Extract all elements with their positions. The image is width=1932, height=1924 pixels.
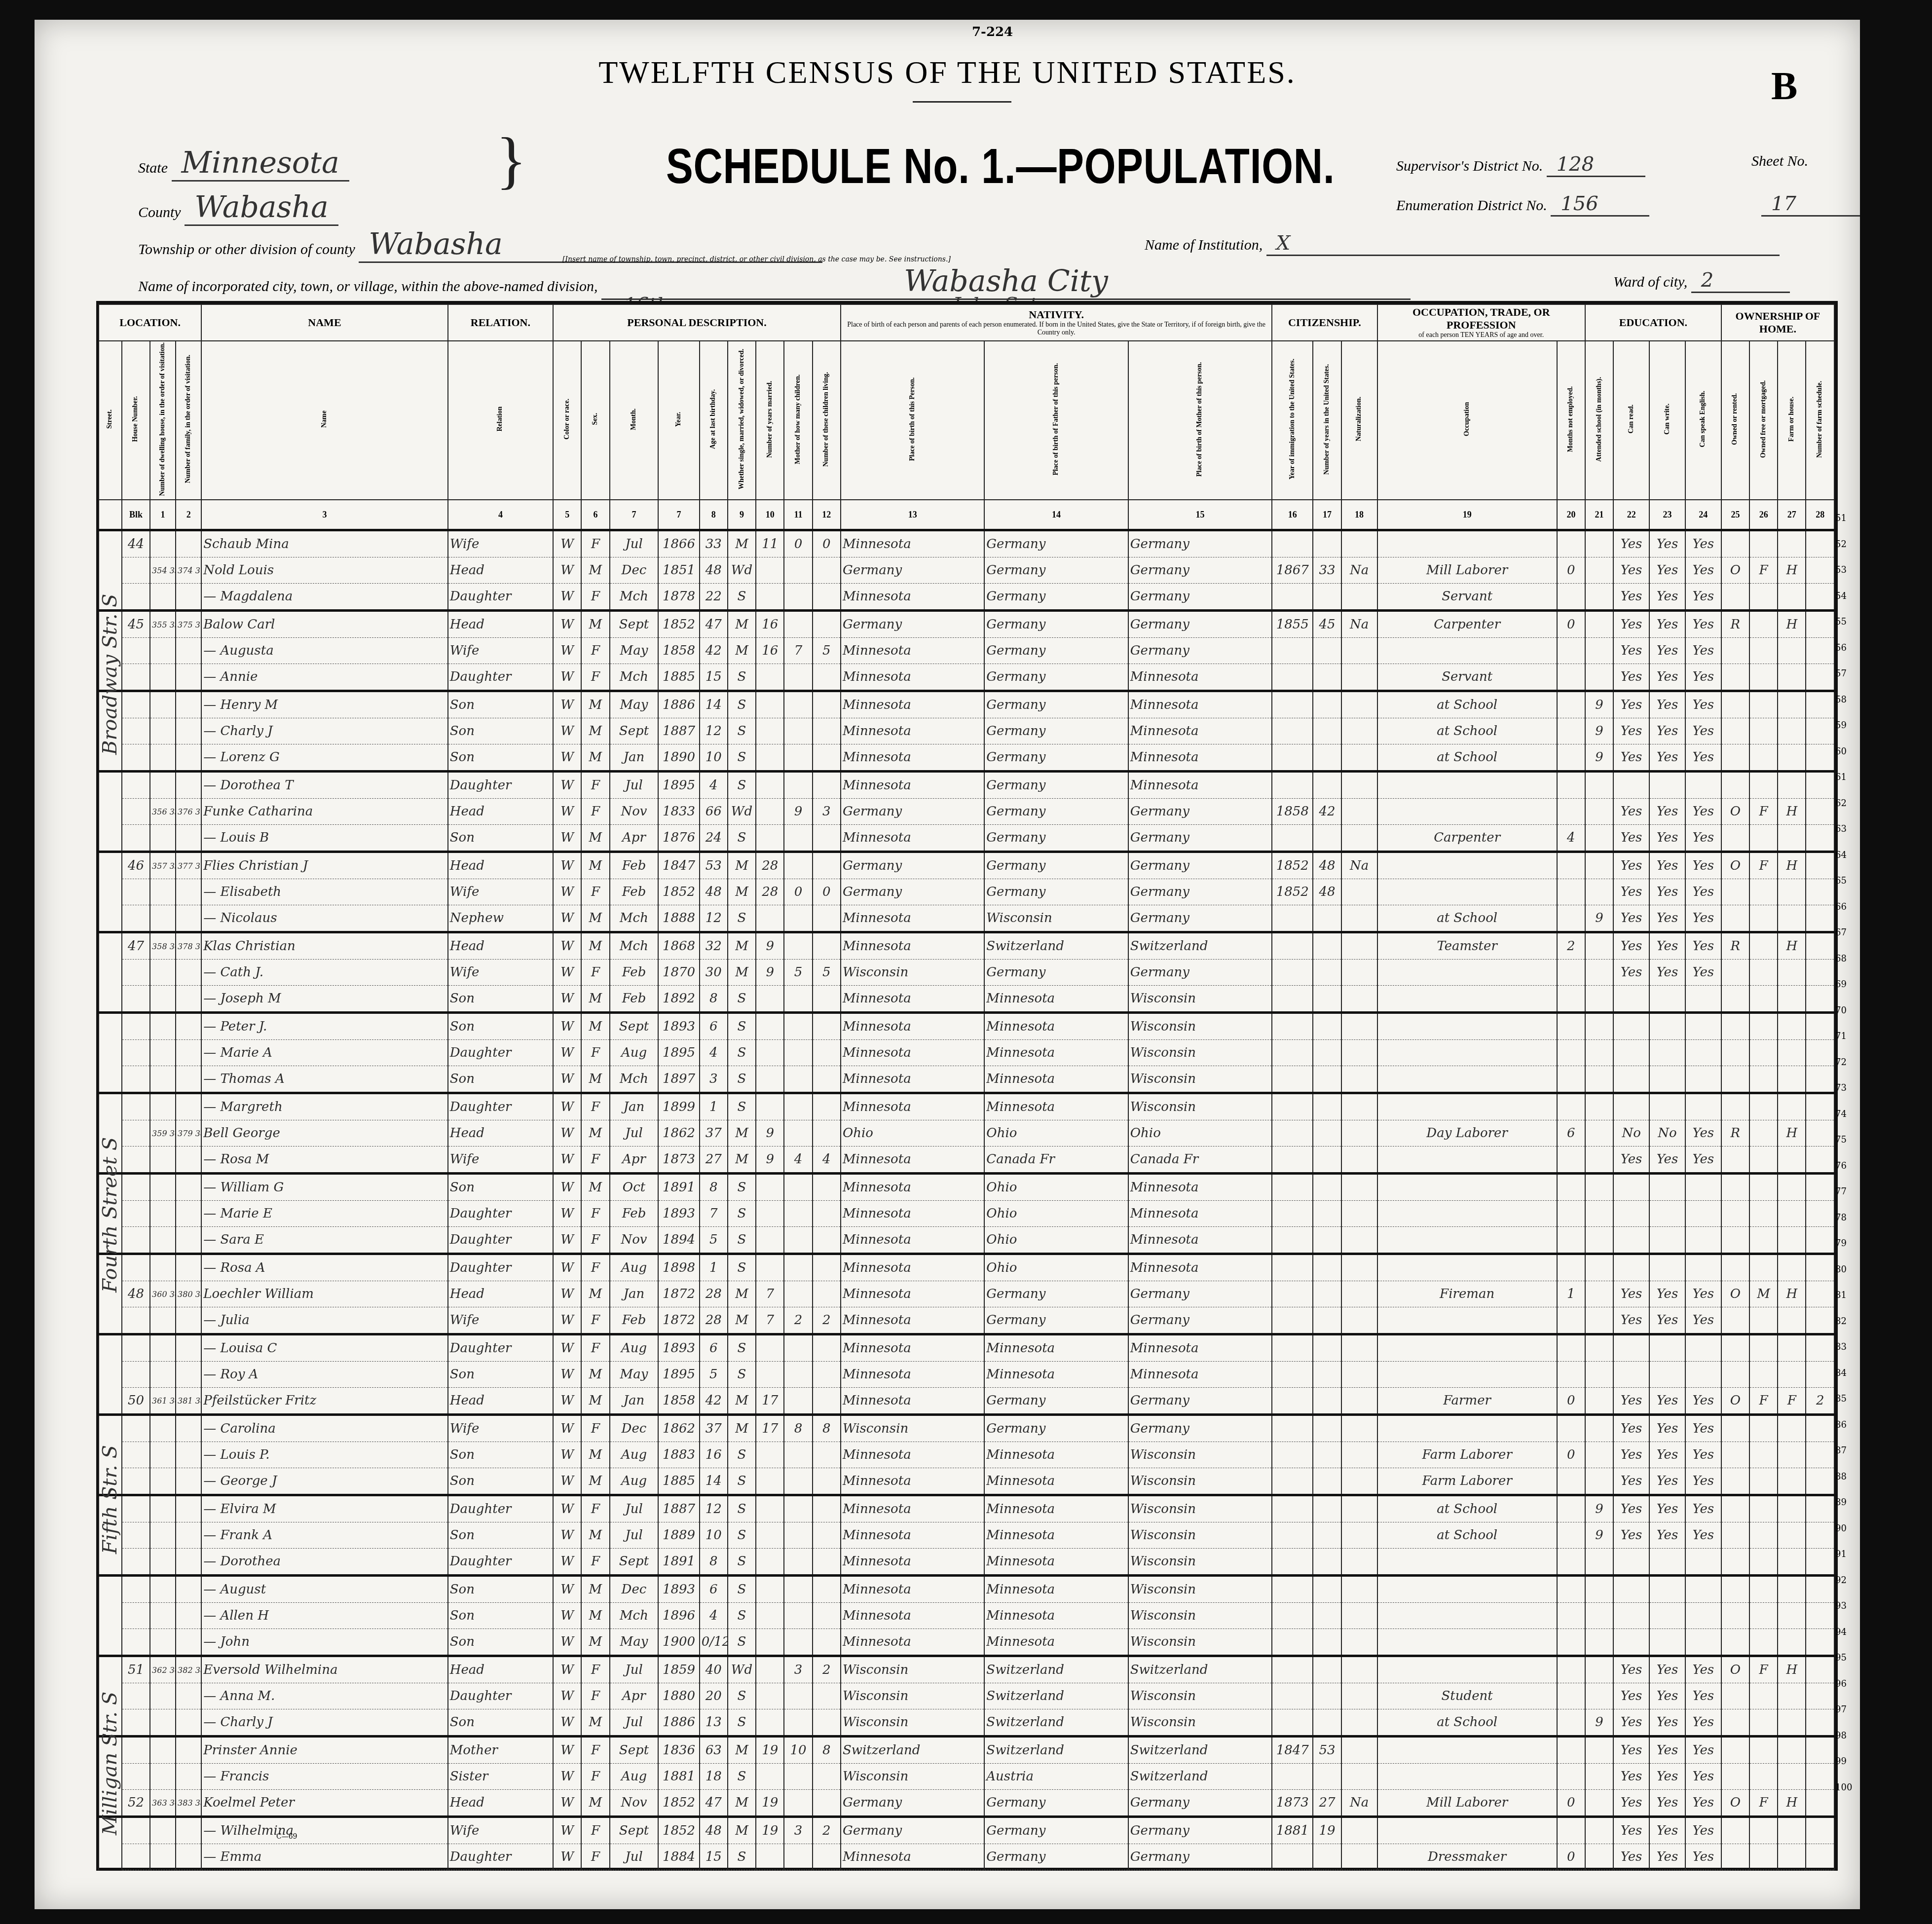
cell-name: Funke Catharina: [201, 799, 448, 825]
line-number: 62: [1835, 798, 1847, 809]
cell-name: Klas Christian: [201, 932, 448, 960]
cell-month: Feb: [610, 879, 659, 905]
cell-year: 1852: [658, 879, 699, 905]
cell-yrs-us: 42: [1313, 799, 1341, 825]
cell-father-birth: Minnesota: [984, 1576, 1128, 1603]
line-number: 73: [1835, 1083, 1847, 1093]
cell-occupation: [1377, 1603, 1557, 1629]
cell-mother-birth: Minnesota: [1128, 691, 1272, 718]
cell-farm: [1778, 772, 1806, 799]
cell-schedule: [1806, 879, 1834, 905]
column-number: 24: [1685, 500, 1721, 530]
cell-race: W: [553, 1709, 581, 1737]
cell-mother-birth: Germany: [1128, 1307, 1272, 1334]
cell-race: W: [553, 1388, 581, 1415]
cell-living: [813, 584, 841, 611]
cell-month: Jul: [610, 530, 659, 557]
cell-mother-birth: Switzerland: [1128, 1656, 1272, 1683]
cell-english: Yes: [1685, 1817, 1721, 1844]
cell-mortgage: [1749, 1120, 1778, 1147]
cell-mother-of: [784, 1790, 812, 1817]
cell-relation: Son: [448, 1576, 553, 1603]
cell-month: May: [610, 691, 659, 718]
cell-age: 30: [700, 960, 728, 986]
cell-farm: H: [1778, 1790, 1806, 1817]
cell-relation: Daughter: [448, 1227, 553, 1254]
cell-yrs-us: [1313, 744, 1341, 772]
cell-race: W: [553, 1576, 581, 1603]
cell-natur: [1341, 1817, 1377, 1844]
cell-month: Apr: [610, 825, 659, 852]
cell-name: — Cath J.: [201, 960, 448, 986]
cell-farm: [1778, 1468, 1806, 1495]
cell-english: Yes: [1685, 1522, 1721, 1549]
cell-english: [1685, 1013, 1721, 1040]
cell-schedule: [1806, 1066, 1834, 1093]
cell-relation: Daughter: [448, 1093, 553, 1120]
cell-marital: S: [728, 1522, 756, 1549]
cell-schedule: [1806, 1093, 1834, 1120]
column-label: Can speak English.: [1699, 391, 1707, 447]
line-number: 57: [1835, 668, 1847, 679]
group-occupation: OCCUPATION, TRADE, OR PROFESSION of each…: [1377, 304, 1585, 341]
cell-owned: [1721, 1362, 1749, 1388]
cell-relation: Son: [448, 1468, 553, 1495]
sheet-letter: B: [1771, 64, 1797, 109]
cell-mortgage: [1749, 1147, 1778, 1174]
cell-school: [1585, 772, 1613, 799]
cell-farm: [1778, 1040, 1806, 1066]
street-cell: [99, 825, 122, 852]
cell-read: Yes: [1613, 557, 1649, 584]
cell-marital: S: [728, 1442, 756, 1468]
cell-unemployed: [1557, 1629, 1585, 1656]
cell-owned: R: [1721, 932, 1749, 960]
cell-schedule: [1806, 852, 1834, 879]
cell-age: 63: [700, 1737, 728, 1764]
sheet-no-field: Sheet No.: [1751, 153, 1808, 170]
cell-age: 1: [700, 1093, 728, 1120]
street-label: Broadway Str. S: [99, 594, 121, 755]
cell-birth: Minnesota: [841, 1307, 984, 1334]
cell-school: 9: [1585, 718, 1613, 744]
cell-marital: Wd: [728, 557, 756, 584]
cell-unemployed: [1557, 744, 1585, 772]
cell-race: W: [553, 1468, 581, 1495]
cell-school: [1585, 1549, 1613, 1576]
line-number: 74: [1835, 1109, 1847, 1119]
cell-occupation: Servant: [1377, 584, 1557, 611]
cell-school: [1585, 932, 1613, 960]
cell-relation: Head: [448, 852, 553, 879]
cell-dwelling: 357 359: [150, 852, 176, 879]
cell-family: 383 384: [176, 1790, 201, 1817]
cell-relation: Son: [448, 1603, 553, 1629]
cell-living: [813, 611, 841, 638]
line-number: 97: [1835, 1704, 1847, 1715]
column-number: 17: [1313, 500, 1341, 530]
cell-schedule: [1806, 772, 1834, 799]
cell-yrs-married: [756, 1576, 784, 1603]
group-relation: RELATION.: [448, 304, 553, 341]
cell-owned: [1721, 1844, 1749, 1870]
column-label: Name: [321, 410, 329, 428]
cell-month: Feb: [610, 1201, 659, 1227]
cell-birth: Germany: [841, 799, 984, 825]
cell-immig: [1272, 1013, 1313, 1040]
cell-schedule: [1806, 611, 1834, 638]
table-row: 45355 357375 376Balow CarlHeadWMSept1852…: [99, 611, 1834, 638]
cell-living: 8: [813, 1737, 841, 1764]
cell-race: W: [553, 1120, 581, 1147]
column-header: Place of birth of this Person.: [841, 341, 984, 500]
cell-english: Yes: [1685, 1709, 1721, 1737]
cell-occupation: at School: [1377, 691, 1557, 718]
cell-race: W: [553, 1066, 581, 1093]
cell-dwelling: [150, 638, 176, 664]
cell-english: Yes: [1685, 932, 1721, 960]
cell-mother-of: [784, 1281, 812, 1307]
cell-birth: Minnesota: [841, 1040, 984, 1066]
cell-read: [1613, 1362, 1649, 1388]
cell-name: — Elisabeth: [201, 879, 448, 905]
cell-name: — Louis B: [201, 825, 448, 852]
cell-read: [1613, 1201, 1649, 1227]
cell-house: [122, 1362, 150, 1388]
cell-father-birth: Switzerland: [984, 932, 1128, 960]
cell-schedule: [1806, 1549, 1834, 1576]
column-header: Number of farm schedule.: [1806, 341, 1834, 500]
cell-sex: M: [581, 1603, 609, 1629]
cell-relation: Son: [448, 1442, 553, 1468]
table-row: — EmmaDaughterWFJul188415SMinnesotaGerma…: [99, 1844, 1834, 1870]
cell-yrs-married: 16: [756, 638, 784, 664]
cell-immig: [1272, 1147, 1313, 1174]
cell-mother-of: [784, 772, 812, 799]
column-number: 4: [448, 500, 553, 530]
cell-mother-birth: Wisconsin: [1128, 986, 1272, 1013]
cell-age: 37: [700, 1415, 728, 1442]
cell-yrs-us: [1313, 1656, 1341, 1683]
cell-house: 44: [122, 530, 150, 557]
cell-english: Yes: [1685, 960, 1721, 986]
cell-schedule: [1806, 1737, 1834, 1764]
cell-marital: S: [728, 1254, 756, 1281]
cell-yrs-us: [1313, 1709, 1341, 1737]
cell-month: Sept: [610, 1549, 659, 1576]
cell-schedule: [1806, 1603, 1834, 1629]
cell-farm: H: [1778, 932, 1806, 960]
cell-owned: [1721, 1709, 1749, 1737]
cell-living: [813, 718, 841, 744]
cell-house: 51: [122, 1656, 150, 1683]
cell-mortgage: [1749, 1040, 1778, 1066]
cell-dwelling: 359 361: [150, 1120, 176, 1147]
cell-house: [122, 1013, 150, 1040]
cell-family: [176, 1764, 201, 1790]
cell-yrs-us: 48: [1313, 879, 1341, 905]
column-label: Attended school (in months).: [1596, 377, 1603, 462]
cell-sex: F: [581, 1683, 609, 1709]
cell-natur: [1341, 1013, 1377, 1040]
cell-living: [813, 905, 841, 932]
cell-mortgage: [1749, 960, 1778, 986]
cell-race: W: [553, 879, 581, 905]
cell-birth: Germany: [841, 1817, 984, 1844]
cell-dwelling: [150, 664, 176, 691]
cell-school: [1585, 1790, 1613, 1817]
cell-yrs-us: [1313, 1281, 1341, 1307]
line-number: 59: [1835, 720, 1847, 731]
cell-race: W: [553, 611, 581, 638]
cell-mother-birth: Minnesota: [1128, 1254, 1272, 1281]
cell-relation: Son: [448, 1013, 553, 1040]
cell-dwelling: 361 363: [150, 1388, 176, 1415]
cell-marital: M: [728, 852, 756, 879]
cell-name: — Henry M: [201, 691, 448, 718]
cell-name: Prinster Annie: [201, 1737, 448, 1764]
cell-sex: M: [581, 932, 609, 960]
cell-yrs-us: [1313, 530, 1341, 557]
table-row: Prinster AnnieMotherWFSept183663M19108Sw…: [99, 1737, 1834, 1764]
cell-yrs-us: [1313, 1307, 1341, 1334]
cell-race: W: [553, 1415, 581, 1442]
table-header: LOCATION. NAME RELATION. PERSONAL DESCRI…: [99, 304, 1834, 530]
column-label: Can write.: [1664, 404, 1672, 435]
cell-year: 1889: [658, 1522, 699, 1549]
cell-marital: S: [728, 1093, 756, 1120]
cell-name: — Dorothea T: [201, 772, 448, 799]
column-label: Place of birth of this Person.: [909, 377, 917, 461]
cell-school: [1585, 1388, 1613, 1415]
cell-name: — Francis: [201, 1764, 448, 1790]
cell-race: W: [553, 638, 581, 664]
cell-father-birth: Minnesota: [984, 1066, 1128, 1093]
cell-living: [813, 1254, 841, 1281]
cell-birth: Minnesota: [841, 664, 984, 691]
group-education: EDUCATION.: [1585, 304, 1721, 341]
cell-family: [176, 1066, 201, 1093]
cell-mother-of: [784, 1603, 812, 1629]
cell-mother-birth: Minnesota: [1128, 1174, 1272, 1201]
cell-name: — Annie: [201, 664, 448, 691]
cell-month: Dec: [610, 1576, 659, 1603]
cell-month: Jul: [610, 1495, 659, 1522]
cell-natur: [1341, 772, 1377, 799]
cell-unemployed: [1557, 1549, 1585, 1576]
cell-birth: Minnesota: [841, 1362, 984, 1388]
cell-birth: Minnesota: [841, 638, 984, 664]
cell-race: W: [553, 557, 581, 584]
cell-year: 1896: [658, 1603, 699, 1629]
cell-write: Yes: [1649, 799, 1685, 825]
cell-dwelling: [150, 1227, 176, 1254]
cell-owned: [1721, 691, 1749, 718]
cell-age: 4: [700, 1040, 728, 1066]
cell-yrs-us: [1313, 1334, 1341, 1362]
table-row: 47358 360378 379Klas ChristianHeadWMMch1…: [99, 932, 1834, 960]
cell-dwelling: [150, 772, 176, 799]
cell-relation: Son: [448, 1629, 553, 1656]
cell-race: W: [553, 1227, 581, 1254]
cell-farm: [1778, 1013, 1806, 1040]
cell-race: W: [553, 691, 581, 718]
cell-relation: Son: [448, 1174, 553, 1201]
cell-dwelling: [150, 1844, 176, 1870]
cell-father-birth: Germany: [984, 1844, 1128, 1870]
cell-unemployed: [1557, 1013, 1585, 1040]
cell-farm: H: [1778, 1656, 1806, 1683]
cell-mortgage: [1749, 1522, 1778, 1549]
table-row: — Charly JSonWMSept188712SMinnesotaGerma…: [99, 718, 1834, 744]
cell-race: W: [553, 1522, 581, 1549]
cell-living: [813, 1790, 841, 1817]
cell-birth: Minnesota: [841, 1468, 984, 1495]
cell-owned: O: [1721, 799, 1749, 825]
cell-schedule: [1806, 1683, 1834, 1709]
cell-farm: [1778, 1737, 1806, 1764]
cell-family: [176, 1201, 201, 1227]
column-header: Sex.: [581, 341, 609, 500]
cell-mortgage: [1749, 1549, 1778, 1576]
cell-english: Yes: [1685, 1790, 1721, 1817]
cell-race: W: [553, 1817, 581, 1844]
cell-school: [1585, 1201, 1613, 1227]
cell-owned: [1721, 1603, 1749, 1629]
cell-father-birth: Austria: [984, 1764, 1128, 1790]
cell-read: [1613, 1093, 1649, 1120]
cell-mortgage: [1749, 1013, 1778, 1040]
cell-dwelling: [150, 1549, 176, 1576]
cell-owned: R: [1721, 1120, 1749, 1147]
cell-natur: [1341, 1522, 1377, 1549]
nativity-desc: Place of birth of each person and parent…: [842, 321, 1270, 337]
cell-yrs-us: [1313, 1120, 1341, 1147]
cell-yrs-us: [1313, 1549, 1341, 1576]
cell-year: 1893: [658, 1013, 699, 1040]
street-cell: [99, 932, 122, 960]
cell-natur: [1341, 960, 1377, 986]
table-row: — Marie ADaughterWFAug18954SMinnesotaMin…: [99, 1040, 1834, 1066]
cell-mortgage: F: [1749, 799, 1778, 825]
cell-father-birth: Germany: [984, 557, 1128, 584]
cell-mother-of: [784, 1764, 812, 1790]
cell-mother-birth: Germany: [1128, 879, 1272, 905]
cell-unemployed: [1557, 1201, 1585, 1227]
cell-month: Sept: [610, 1737, 659, 1764]
cell-house: [122, 1442, 150, 1468]
cell-family: [176, 1737, 201, 1764]
cell-living: 5: [813, 638, 841, 664]
cell-race: W: [553, 744, 581, 772]
cell-yrs-us: [1313, 1040, 1341, 1066]
column-number: 18: [1341, 500, 1377, 530]
cell-relation: Wife: [448, 879, 553, 905]
cell-occupation: at School: [1377, 1522, 1557, 1549]
cell-living: [813, 986, 841, 1013]
cell-year: 1897: [658, 1066, 699, 1093]
cell-write: Yes: [1649, 1522, 1685, 1549]
column-label: Sex.: [592, 413, 599, 425]
cell-owned: [1721, 1817, 1749, 1844]
cell-read: No: [1613, 1120, 1649, 1147]
table-row: 354 356374 375Nold LouisHeadWMDec185148W…: [99, 557, 1834, 584]
cell-farm: [1778, 1629, 1806, 1656]
cell-unemployed: [1557, 1709, 1585, 1737]
cell-yrs-us: [1313, 638, 1341, 664]
cell-age: 5: [700, 1227, 728, 1254]
cell-yrs-married: 19: [756, 1790, 784, 1817]
cell-marital: S: [728, 584, 756, 611]
table-row: — Rosa ADaughterWFAug18981SMinnesotaOhio…: [99, 1254, 1834, 1281]
column-label: House Number.: [132, 396, 140, 442]
cell-year: 1893: [658, 1201, 699, 1227]
table-row: — NicolausNephewWMMch188812SMinnesotaWis…: [99, 905, 1834, 932]
cell-occupation: Mill Laborer: [1377, 1790, 1557, 1817]
cell-year: 1892: [658, 986, 699, 1013]
cell-name: — Lorenz G: [201, 744, 448, 772]
cell-marital: S: [728, 1040, 756, 1066]
cell-owned: [1721, 1576, 1749, 1603]
cell-age: 4: [700, 772, 728, 799]
cell-family: [176, 879, 201, 905]
cell-dwelling: 354 356: [150, 557, 176, 584]
cell-mortgage: [1749, 1709, 1778, 1737]
cell-birth: Minnesota: [841, 1549, 984, 1576]
cell-write: [1649, 1334, 1685, 1362]
cell-sex: M: [581, 1442, 609, 1468]
cell-family: [176, 1307, 201, 1334]
cell-school: [1585, 986, 1613, 1013]
cell-birth: Minnesota: [841, 1174, 984, 1201]
cell-farm: [1778, 1066, 1806, 1093]
line-number: 88: [1835, 1472, 1847, 1482]
street-cell: [99, 1576, 122, 1603]
cell-unemployed: [1557, 1415, 1585, 1442]
cell-family: [176, 1817, 201, 1844]
cell-race: W: [553, 799, 581, 825]
street-cell: [99, 1093, 122, 1120]
cell-sex: F: [581, 638, 609, 664]
cell-name: — Charly J: [201, 1709, 448, 1737]
cell-mother-birth: Wisconsin: [1128, 1093, 1272, 1120]
cell-school: [1585, 530, 1613, 557]
cell-write: [1649, 1254, 1685, 1281]
cell-read: Yes: [1613, 664, 1649, 691]
cell-house: 47: [122, 932, 150, 960]
cell-schedule: [1806, 1013, 1834, 1040]
cell-mortgage: [1749, 879, 1778, 905]
cell-living: [813, 1603, 841, 1629]
cell-living: [813, 557, 841, 584]
cell-yrs-married: [756, 1442, 784, 1468]
cell-race: W: [553, 1147, 581, 1174]
cell-sex: M: [581, 1174, 609, 1201]
cell-read: Yes: [1613, 1522, 1649, 1549]
cell-write: [1649, 1201, 1685, 1227]
cell-mother-of: [784, 1388, 812, 1415]
cell-father-birth: Minnesota: [984, 1603, 1128, 1629]
street-cell: [99, 879, 122, 905]
cell-read: Yes: [1613, 530, 1649, 557]
ward-field: Ward of city, 2: [1613, 269, 1790, 293]
cell-living: [813, 1388, 841, 1415]
cell-mother-birth: Wisconsin: [1128, 1495, 1272, 1522]
cell-mortgage: [1749, 1576, 1778, 1603]
cell-immig: [1272, 986, 1313, 1013]
cell-age: 18: [700, 1764, 728, 1790]
cell-read: [1613, 1227, 1649, 1254]
